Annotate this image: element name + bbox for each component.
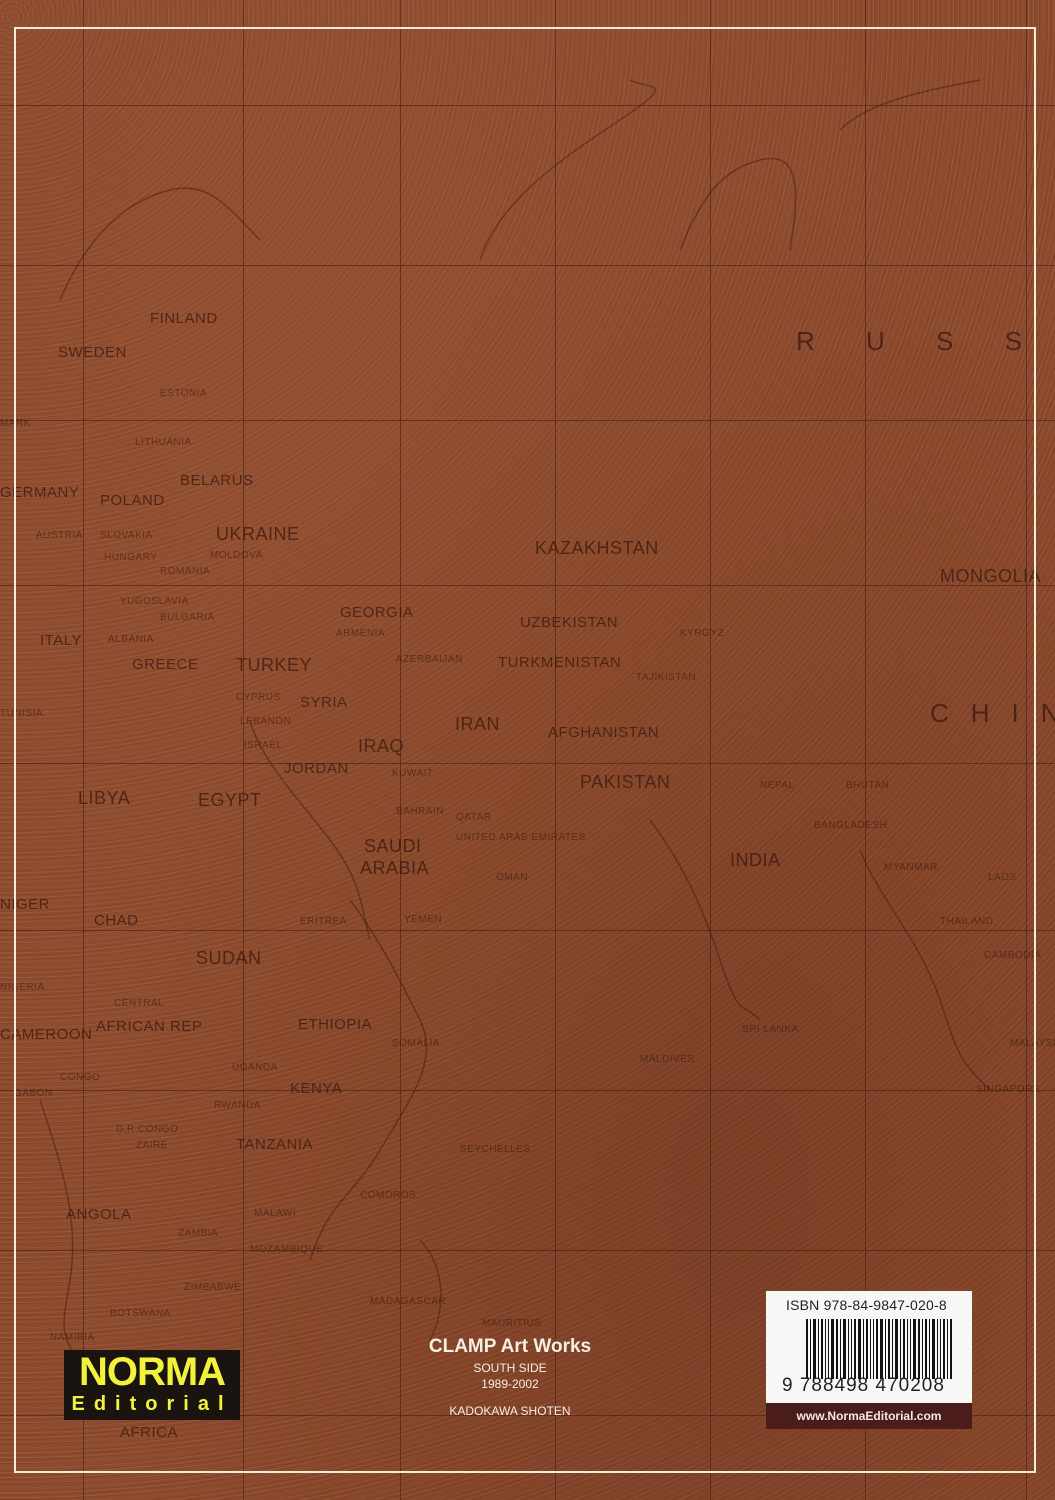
white-border-frame (14, 27, 1036, 1473)
book-years: 1989-2002 (400, 1376, 620, 1392)
isbn-barcode-box: ISBN 978-84-9847-020-8 9 788498 470208 w… (766, 1291, 972, 1429)
original-publisher: KADOKAWA SHOTEN (400, 1404, 620, 1418)
norma-editorial-logo: NORMA Editorial (64, 1350, 240, 1420)
book-title: CLAMP Art Works (400, 1334, 620, 1360)
logo-line-1: NORMA (64, 1352, 240, 1392)
barcode-digits: 9 788498 470208 (782, 1375, 945, 1397)
book-back-cover: R U S S I AFINLANDSWEDENESTONIAMARKLITHU… (0, 0, 1055, 1500)
isbn-label: ISBN 978-84-9847-020-8 (786, 1297, 947, 1313)
barcode-icon (806, 1319, 958, 1379)
title-block: CLAMP Art Works SOUTH SIDE 1989-2002 KAD… (400, 1334, 620, 1418)
book-subtitle: SOUTH SIDE (400, 1360, 620, 1376)
publisher-website: www.NormaEditorial.com (766, 1403, 972, 1429)
logo-line-2: Editorial (64, 1392, 240, 1416)
